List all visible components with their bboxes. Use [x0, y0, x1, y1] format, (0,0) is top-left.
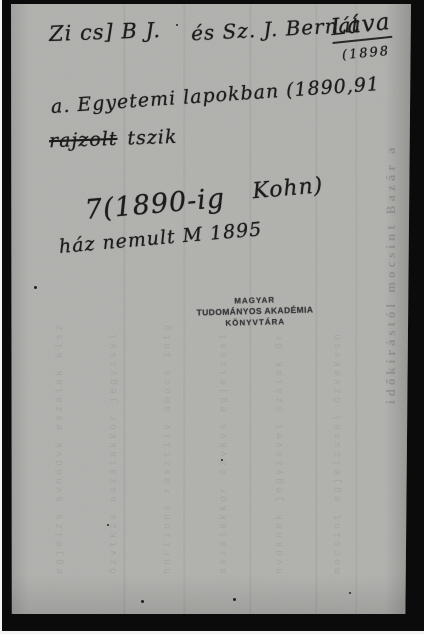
bleed-through-text-column: aszálakkor özvkvs egjelzssl [219, 94, 230, 574]
handwriting-line2: a. Egyetemi lapokban (1890,91 [50, 73, 380, 118]
handwriting-line4-right: Kohn) [251, 173, 324, 204]
dust-speck [233, 598, 236, 601]
bleed-through-text-column: egjelzs svnödvk eszálak klsz [55, 94, 66, 574]
bleed-through-text-column: időkírástól mocsint Bazár a [383, 104, 399, 404]
dust-speck [107, 524, 109, 526]
handwriting-line3: rajzolttszik [49, 126, 178, 152]
handwriting-line1-left: Zi cs] B J. [49, 18, 162, 46]
handwriting-crossed-out-word: rajzolt [49, 128, 118, 152]
bleed-through-text-column: hnrtions rasztilv amocs intg [163, 94, 174, 574]
scan-black-frame: egjelzs svnödvk eszálak klsz özvtkzs asz… [2, 0, 424, 631]
handwriting-line1-underlined-word: Láva [330, 9, 392, 44]
bleed-through-text-column: nvdknek jegyzsvel szálak ör [275, 94, 286, 574]
dust-speck [221, 459, 223, 461]
handwriting-line4-left: 7(1890-ig [84, 183, 227, 226]
handwriting-line3-rest: tszik [127, 126, 178, 150]
dust-speck [176, 24, 178, 26]
handwriting-line1-year: (1898 [341, 44, 390, 63]
dust-speck [349, 592, 351, 594]
bleed-through-text-column: özvtkzs aszálakkor jegyzsvl [109, 94, 120, 574]
paper-page: egjelzs svnödvk eszálak klsz özvtkzs asz… [11, 4, 411, 614]
handwriting-line4: 7(1890-igKohn) [84, 173, 325, 226]
library-stamp: MAGYAR TUDOMÁNYOS AKADÉMIA KÖNYVTÁRA [187, 294, 324, 330]
dust-speck [141, 600, 144, 603]
scanned-document-page: { "handwriting": { "line1_left": "Zi cs]… [0, 0, 424, 634]
dust-speck [34, 286, 37, 289]
bleed-through-text-column: mocsint egjelzssel özvekvsn [333, 94, 344, 574]
